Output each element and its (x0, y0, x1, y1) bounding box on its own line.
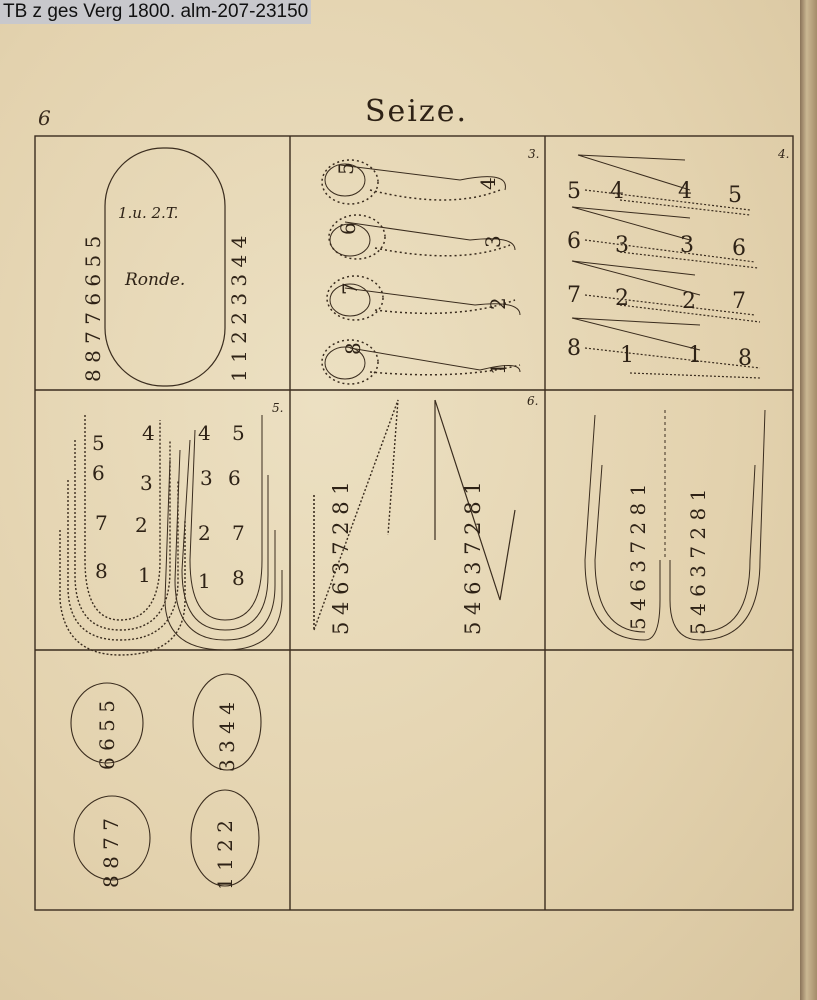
svg-text:1: 1 (620, 343, 634, 368)
svg-text:8: 8 (95, 559, 108, 583)
svg-text:6: 6 (92, 461, 105, 485)
figure-1-ronde: 8 8 7 7 6 6 5 5 1 1 2 2 3 3 4 4 1.u. 2.T… (81, 148, 251, 386)
svg-text:5: 5 (334, 162, 358, 175)
svg-text:5: 5 (232, 421, 245, 445)
svg-text:8 8 7 7 6 6 5 5: 8 8 7 7 6 6 5 5 (81, 236, 105, 382)
svg-text:7: 7 (95, 511, 108, 535)
svg-text:5.: 5. (272, 401, 283, 415)
svg-text:2: 2 (486, 297, 510, 310)
svg-text:1.u. 2.T.: 1.u. 2.T. (118, 204, 178, 222)
svg-text:7: 7 (338, 282, 362, 295)
svg-text:5 4 6 3 7 2 8 1: 5 4 6 3 7 2 8 1 (461, 481, 485, 635)
svg-text:2: 2 (198, 521, 211, 545)
svg-text:1: 1 (486, 362, 510, 375)
svg-text:3: 3 (140, 471, 153, 495)
svg-text:3: 3 (481, 235, 505, 248)
svg-text:7: 7 (567, 283, 581, 308)
svg-text:2: 2 (135, 513, 148, 537)
svg-text:3 3 4 4: 3 3 4 4 (215, 702, 239, 772)
svg-text:6: 6 (336, 222, 360, 235)
svg-text:8: 8 (567, 336, 581, 361)
svg-text:4: 4 (678, 179, 692, 204)
svg-text:1: 1 (198, 569, 211, 593)
svg-text:6: 6 (732, 236, 746, 261)
svg-text:2: 2 (682, 289, 696, 314)
svg-text:8: 8 (738, 346, 752, 371)
svg-text:6: 6 (567, 229, 581, 254)
figure-3: 3. 5 6 7 8 4 3 2 1 (322, 147, 539, 384)
svg-text:3: 3 (200, 466, 213, 490)
figure-7: 5 4 6 3 7 2 8 1 5 4 6 3 7 2 8 1 (585, 410, 765, 640)
svg-text:4: 4 (610, 179, 624, 204)
svg-text:1: 1 (138, 563, 151, 587)
svg-text:1 1 2 2 3 3 4 4: 1 1 2 2 3 3 4 4 (227, 236, 251, 382)
svg-text:5: 5 (92, 431, 105, 455)
svg-text:3: 3 (615, 233, 629, 258)
svg-text:5 4 6 3 7 2 8 1: 5 4 6 3 7 2 8 1 (686, 489, 710, 635)
svg-text:5 4 6 3 7 2 8 1: 5 4 6 3 7 2 8 1 (329, 481, 353, 635)
svg-text:1: 1 (688, 343, 702, 368)
svg-text:7: 7 (232, 521, 245, 545)
svg-text:4: 4 (142, 421, 155, 445)
svg-text:6.: 6. (527, 394, 538, 408)
svg-text:Ronde.: Ronde. (124, 270, 185, 290)
svg-text:6: 6 (228, 466, 241, 490)
svg-text:7: 7 (732, 289, 746, 314)
svg-text:8: 8 (341, 342, 365, 355)
figure-6: 6. 5 4 6 3 7 2 8 1 5 4 6 3 7 2 8 1 (314, 394, 538, 635)
svg-text:8: 8 (232, 566, 245, 590)
svg-text:8 8 7 7: 8 8 7 7 (99, 818, 123, 888)
svg-text:4.: 4. (777, 147, 789, 161)
figure-4: 4. 5445 6336 7227 8118 (567, 147, 789, 378)
svg-text:5: 5 (567, 179, 581, 204)
svg-text:1 1 2 2: 1 1 2 2 (213, 820, 237, 890)
svg-text:2: 2 (615, 286, 629, 311)
figure-8-ovals: 6 6 5 5 8 8 7 7 3 3 4 4 1 1 2 2 (71, 674, 261, 890)
svg-text:5 4 6 3 7 2 8 1: 5 4 6 3 7 2 8 1 (626, 484, 650, 630)
svg-text:3.: 3. (528, 147, 539, 161)
svg-text:5: 5 (728, 183, 742, 208)
svg-text:6 6 5 5: 6 6 5 5 (95, 700, 119, 770)
svg-text:3: 3 (680, 233, 694, 258)
figure-grid: 8 8 7 7 6 6 5 5 1 1 2 2 3 3 4 4 1.u. 2.T… (0, 0, 817, 1000)
svg-text:4: 4 (198, 421, 211, 445)
svg-text:4: 4 (476, 177, 500, 190)
figure-5: 5. 54 63 72 81 45 36 27 18 (60, 401, 283, 655)
